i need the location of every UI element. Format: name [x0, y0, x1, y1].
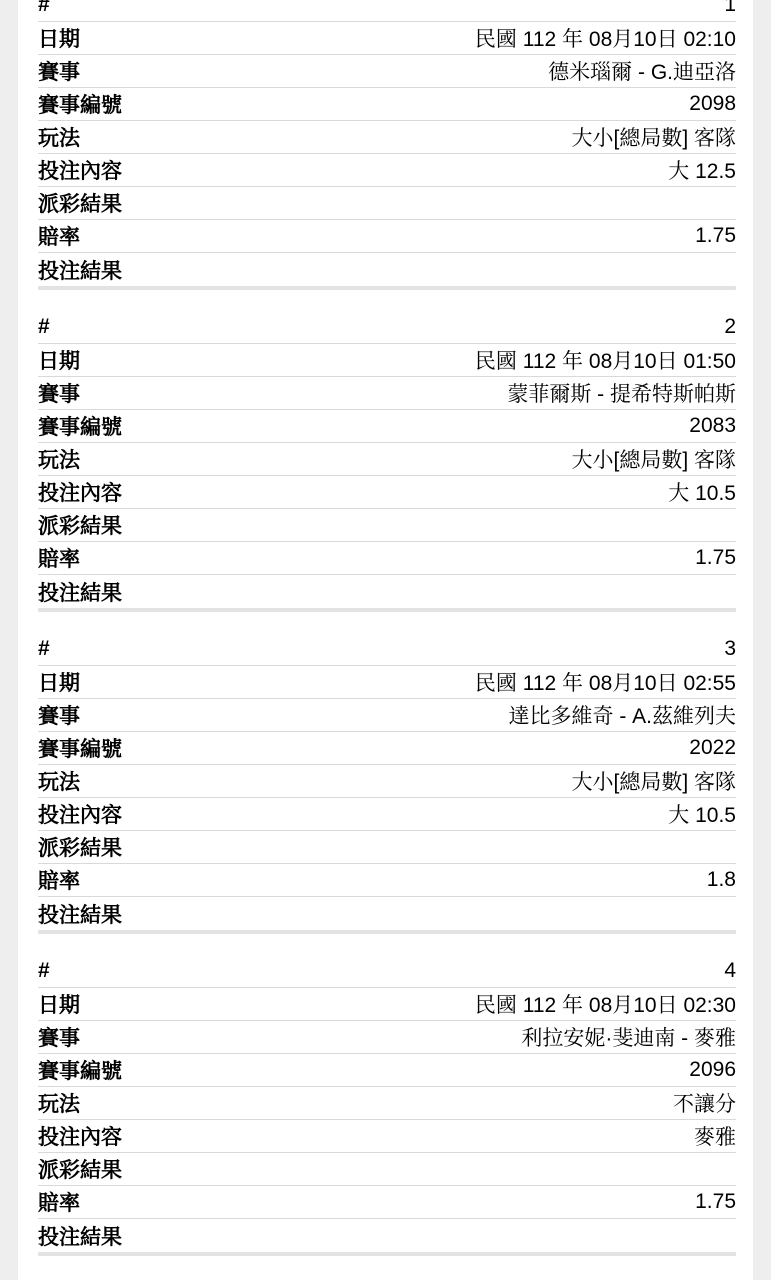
event-label: 賽事 — [38, 378, 80, 408]
bet-content-label: 投注內容 — [38, 477, 122, 507]
event-id-row: 賽事編號 2022 — [38, 732, 736, 765]
number-value: 3 — [724, 637, 736, 661]
payout-result-label: 派彩結果 — [38, 832, 122, 862]
play-type-row: 玩法 大小[總局數] 客隊 — [38, 443, 736, 476]
play-type-row: 玩法 大小[總局數] 客隊 — [38, 121, 736, 154]
event-row: 賽事 利拉安妮·斐迪南 - 麥雅 — [38, 1021, 736, 1054]
payout-result-row: 派彩結果 — [38, 509, 736, 542]
record-number-row: # 1 — [38, 0, 736, 22]
bet-content-label: 投注內容 — [38, 155, 122, 185]
event-id-value: 2098 — [689, 92, 736, 116]
date-value: 民國 112 年 08月10日 02:30 — [475, 989, 736, 1019]
odds-row: 賠率 1.75 — [38, 542, 736, 575]
event-id-value: 2096 — [689, 1058, 736, 1082]
bet-content-row: 投注內容 大 10.5 — [38, 798, 736, 831]
bet-record-card: # 4 日期 民國 112 年 08月10日 02:30 賽事 利拉安妮·斐迪南… — [38, 955, 736, 1256]
odds-row: 賠率 1.8 — [38, 864, 736, 897]
date-label: 日期 — [38, 23, 80, 53]
event-row: 賽事 蒙菲爾斯 - 提希特斯帕斯 — [38, 377, 736, 410]
bet-result-row: 投注結果 — [38, 897, 736, 930]
bet-result-row: 投注結果 — [38, 253, 736, 286]
bet-content-row: 投注內容 麥雅 — [38, 1120, 736, 1153]
play-type-value: 大小[總局數] 客隊 — [571, 444, 736, 474]
date-row: 日期 民國 112 年 08月10日 02:10 — [38, 22, 736, 55]
bet-history-sheet: # 1 日期 民國 112 年 08月10日 02:10 賽事 德米瑙爾 - G… — [18, 0, 753, 1280]
payout-result-label: 派彩結果 — [38, 188, 122, 218]
play-type-label: 玩法 — [38, 444, 80, 474]
number-value: 2 — [724, 315, 736, 339]
event-id-label: 賽事編號 — [38, 411, 122, 441]
date-row: 日期 民國 112 年 08月10日 02:30 — [38, 988, 736, 1021]
date-label: 日期 — [38, 989, 80, 1019]
date-value: 民國 112 年 08月10日 02:10 — [475, 23, 736, 53]
bet-content-value: 大 10.5 — [668, 477, 736, 507]
event-id-row: 賽事編號 2083 — [38, 410, 736, 443]
bet-record-card: # 2 日期 民國 112 年 08月10日 01:50 賽事 蒙菲爾斯 - 提… — [38, 311, 736, 612]
card-bottom-divider — [38, 286, 736, 290]
card-bottom-divider — [38, 608, 736, 612]
date-label: 日期 — [38, 345, 80, 375]
event-id-row: 賽事編號 2098 — [38, 88, 736, 121]
event-row: 賽事 德米瑙爾 - G.迪亞洛 — [38, 55, 736, 88]
date-label: 日期 — [38, 667, 80, 697]
event-id-value: 2022 — [689, 736, 736, 760]
bet-result-row: 投注結果 — [38, 575, 736, 608]
odds-row: 賠率 1.75 — [38, 1186, 736, 1219]
play-type-value: 大小[總局數] 客隊 — [571, 122, 736, 152]
event-value: 蒙菲爾斯 - 提希特斯帕斯 — [507, 378, 736, 408]
bet-content-row: 投注內容 大 12.5 — [38, 154, 736, 187]
bet-result-label: 投注結果 — [38, 577, 122, 607]
bet-record-list: # 1 日期 民國 112 年 08月10日 02:10 賽事 德米瑙爾 - G… — [38, 0, 736, 1256]
date-row: 日期 民國 112 年 08月10日 02:55 — [38, 666, 736, 699]
bet-content-label: 投注內容 — [38, 799, 122, 829]
event-label: 賽事 — [38, 700, 80, 730]
event-value: 利拉安妮·斐迪南 - 麥雅 — [521, 1022, 736, 1052]
bet-result-row: 投注結果 — [38, 1219, 736, 1252]
odds-label: 賠率 — [38, 865, 80, 895]
play-type-row: 玩法 不讓分 — [38, 1087, 736, 1120]
bet-record-card: # 1 日期 民國 112 年 08月10日 02:10 賽事 德米瑙爾 - G… — [38, 0, 736, 290]
play-type-label: 玩法 — [38, 766, 80, 796]
odds-value: 1.75 — [695, 1190, 736, 1214]
payout-result-row: 派彩結果 — [38, 831, 736, 864]
payout-result-row: 派彩結果 — [38, 1153, 736, 1186]
odds-value: 1.75 — [695, 546, 736, 570]
event-value: 德米瑙爾 - G.迪亞洛 — [548, 56, 736, 86]
bet-result-label: 投注結果 — [38, 899, 122, 929]
number-label: # — [38, 0, 50, 17]
event-id-label: 賽事編號 — [38, 1055, 122, 1085]
event-id-label: 賽事編號 — [38, 733, 122, 763]
play-type-value: 大小[總局數] 客隊 — [571, 766, 736, 796]
bet-content-value: 大 10.5 — [668, 799, 736, 829]
bet-content-value: 大 12.5 — [668, 155, 736, 185]
event-id-label: 賽事編號 — [38, 89, 122, 119]
number-value: 4 — [724, 959, 736, 983]
event-value: 達比多維奇 - A.茲維列夫 — [508, 700, 736, 730]
date-value: 民國 112 年 08月10日 01:50 — [475, 345, 736, 375]
card-bottom-divider — [38, 930, 736, 934]
odds-label: 賠率 — [38, 543, 80, 573]
play-type-value: 不讓分 — [673, 1088, 736, 1118]
record-number-row: # 4 — [38, 955, 736, 988]
bet-result-label: 投注結果 — [38, 1221, 122, 1251]
event-label: 賽事 — [38, 1022, 80, 1052]
payout-result-row: 派彩結果 — [38, 187, 736, 220]
odds-label: 賠率 — [38, 1187, 80, 1217]
card-bottom-divider — [38, 1252, 736, 1256]
payout-result-label: 派彩結果 — [38, 1154, 122, 1184]
viewport: # 1 日期 民國 112 年 08月10日 02:10 賽事 德米瑙爾 - G… — [0, 0, 771, 1280]
odds-value: 1.75 — [695, 224, 736, 248]
event-id-value: 2083 — [689, 414, 736, 438]
date-value: 民國 112 年 08月10日 02:55 — [475, 667, 736, 697]
bet-content-label: 投注內容 — [38, 1121, 122, 1151]
play-type-label: 玩法 — [38, 1088, 80, 1118]
play-type-row: 玩法 大小[總局數] 客隊 — [38, 765, 736, 798]
payout-result-label: 派彩結果 — [38, 510, 122, 540]
bet-content-row: 投注內容 大 10.5 — [38, 476, 736, 509]
record-number-row: # 2 — [38, 311, 736, 344]
number-label: # — [38, 315, 50, 339]
play-type-label: 玩法 — [38, 122, 80, 152]
event-id-row: 賽事編號 2096 — [38, 1054, 736, 1087]
odds-value: 1.8 — [707, 868, 736, 892]
odds-row: 賠率 1.75 — [38, 220, 736, 253]
number-label: # — [38, 637, 50, 661]
bet-result-label: 投注結果 — [38, 255, 122, 285]
odds-label: 賠率 — [38, 221, 80, 251]
bet-content-value: 麥雅 — [694, 1121, 736, 1151]
record-number-row: # 3 — [38, 633, 736, 666]
number-value: 1 — [724, 0, 736, 17]
bet-record-card: # 3 日期 民國 112 年 08月10日 02:55 賽事 達比多維奇 - … — [38, 633, 736, 934]
event-label: 賽事 — [38, 56, 80, 86]
event-row: 賽事 達比多維奇 - A.茲維列夫 — [38, 699, 736, 732]
number-label: # — [38, 959, 50, 983]
date-row: 日期 民國 112 年 08月10日 01:50 — [38, 344, 736, 377]
